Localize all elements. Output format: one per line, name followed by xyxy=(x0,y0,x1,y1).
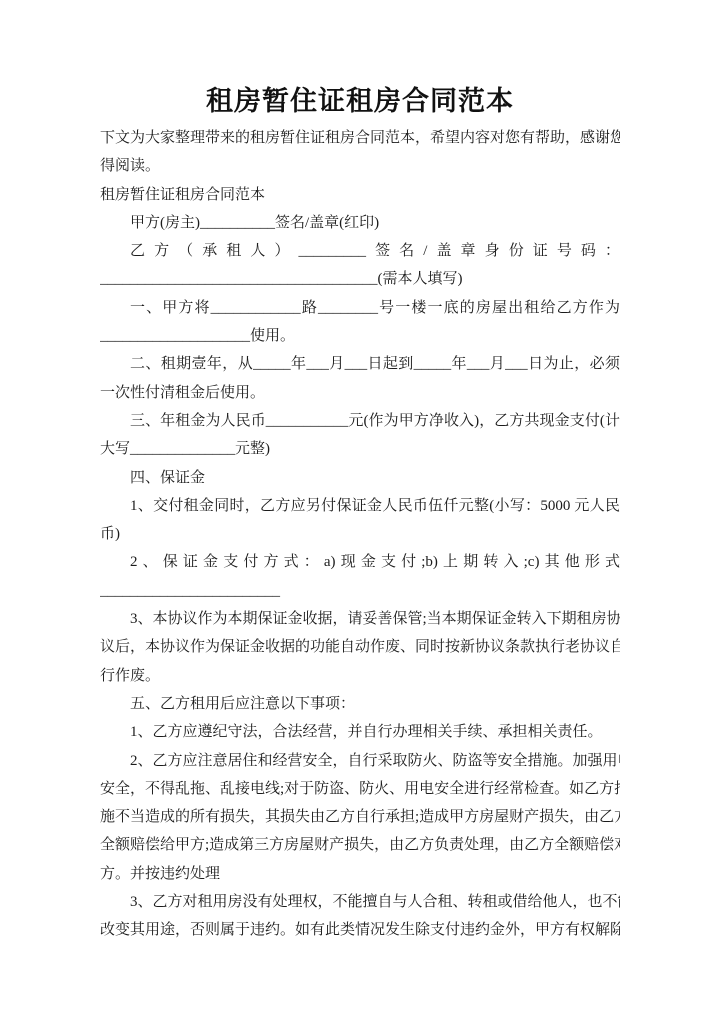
document-line: 1、乙方应遵纪守法，合法经营，并自行办理相关手续、承担相关责任。 xyxy=(100,718,620,746)
document-line: 一次性付清租金后使用。 xyxy=(100,379,620,407)
document-title: 租房暂住证租房合同范本 xyxy=(100,84,620,118)
document-line: 3、乙方对租用房没有处理权，不能擅自与人合租、转租或借给他人，也不能 xyxy=(100,888,620,916)
document-line: 方。并按违约处理 xyxy=(100,860,620,888)
document-line: 大写______________元整) xyxy=(100,435,620,463)
document-line: 租房暂住证租房合同范本 xyxy=(100,181,620,209)
document-line: ____________________使用。 xyxy=(100,322,620,350)
document-line: 四、保证金 xyxy=(100,464,620,492)
document-line: 议后，本协议作为保证金收据的功能自动作废、同时按新协议条款执行老协议自 xyxy=(100,633,620,661)
document-line: 安全，不得乱拖、乱接电线;对于防盗、防火、用电安全进行经常检查。如乙方措 xyxy=(100,775,620,803)
document-line: 行作废。 xyxy=(100,662,620,690)
document-line: 三、年租金为人民币___________元(作为甲方净收入)，乙方共现金支付(计 xyxy=(100,407,620,435)
document-line: 币) xyxy=(100,520,620,548)
document-line: 下文为大家整理带来的租房暂住证租房合同范本，希望内容对您有帮助，感谢您 xyxy=(100,124,620,152)
document-line: 2、乙方应注意居住和经营安全，自行采取防火、防盗等安全措施。加强用电 xyxy=(100,747,620,775)
document-line: 二、租期壹年，从_____年___月___日起到_____年___月___日为止… xyxy=(100,350,620,378)
document-line: 乙方（承租人）_________签名/盖章身份证号码： xyxy=(100,237,620,265)
document-line: 1、交付租金同时，乙方应另付保证金人民币伍仟元整(小写：5000 元人民 xyxy=(100,492,620,520)
document-line: 全额赔偿给甲方;造成第三方房屋财产损失，由乙方负责处理，由乙方全额赔偿对 xyxy=(100,831,620,859)
document-body: 下文为大家整理带来的租房暂住证租房合同范本，希望内容对您有帮助，感谢您得阅读。租… xyxy=(100,124,620,945)
contract-document-page: 租房暂住证租房合同范本 下文为大家整理带来的租房暂住证租房合同范本，希望内容对您… xyxy=(0,0,720,1017)
document-line: ________________________ xyxy=(100,577,620,605)
document-line: 得阅读。 xyxy=(100,152,620,180)
document-line: 3、本协议作为本期保证金收据，请妥善保管;当本期保证金转入下期租房协 xyxy=(100,605,620,633)
document-line: 甲方(房主)__________签名/盖章(红印) xyxy=(100,209,620,237)
document-line: 施不当造成的所有损失，其损失由乙方自行承担;造成甲方房屋财产损失，由乙方 xyxy=(100,803,620,831)
document-line: _____________________________________(需本… xyxy=(100,265,620,293)
document-line: 五、乙方租用后应注意以下事项： xyxy=(100,690,620,718)
document-line: 改变其用途，否则属于违约。如有此类情况发生除支付违约金外，甲方有权解除 xyxy=(100,916,620,944)
document-line: 一、甲方将____________路________号一楼一底的房屋出租给乙方作… xyxy=(100,294,620,322)
document-line: 2、保证金支付方式：a)现金支付;b)上期转入;c)其他形式 xyxy=(100,548,620,576)
